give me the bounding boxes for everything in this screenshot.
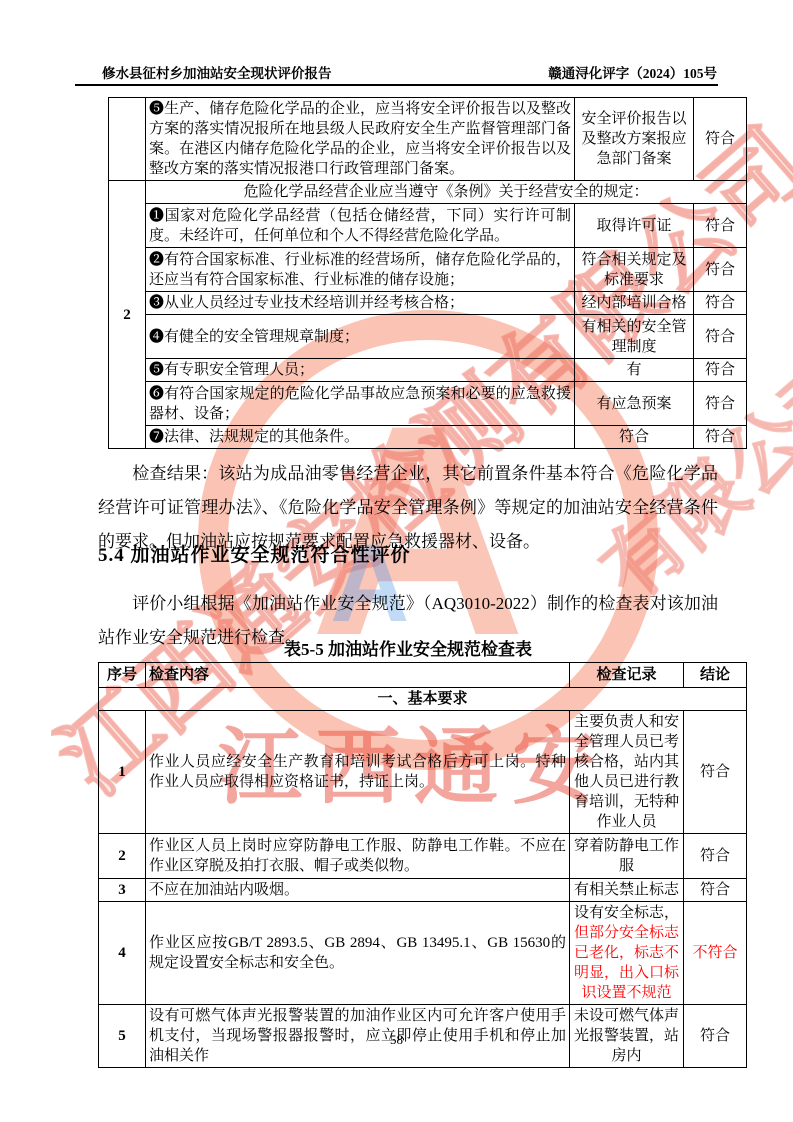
check-content-cell: 作业区应按GB/T 2893.5、GB 2894、GB 13495.1、GB 1… [146,902,570,1005]
table-row: ❻有符合国家规定的危险化学品事故应急预案和必要的应急救援器材、设备； 有应急预案… [109,382,747,426]
table-row: ❸从业人员经过专业技术经培训并经考核合格； 经内部培训合格 符合 [109,292,747,315]
check-record-cell: 符合相关规定及标准要求 [575,248,694,292]
check-record-cell: 有应急预案 [575,382,694,426]
check-content-cell: ❺生产、储存危险化学品的企业，应当将安全评价报告以及整改方案的落实情况报所在地县… [146,98,575,181]
row-number-cell: 3 [99,879,146,902]
conclusion-cell: 符合 [694,248,747,292]
check-record-cell: 主要负责人和安全管理人员已考核合格，站内其他人员已进行教育培训，无特种作业人员 [570,711,684,834]
record-text-alert: 但部分安全标志已老化，标志不明显，出入口标识设置不规范 [574,925,679,1001]
check-content-cell: 作业区人员上岗时应穿防静电工作服、防静电工作鞋。不应在作业区穿脱及拍打衣服、帽子… [146,834,570,879]
check-record-cell: 穿着防静电工作服 [570,834,684,879]
check-record-cell: 有 [575,359,694,382]
header-document-number: 赣通浔化评字（2024）105号 [548,62,717,82]
operating-conditions-table: ❺生产、储存危险化学品的企业，应当将安全评价报告以及整改方案的落实情况报所在地县… [108,97,747,449]
check-record-cell: 安全评价报告以及整改方案报应急部门备案 [575,98,694,181]
conclusion-cell: 符合 [694,292,747,315]
conclusion-cell: 符合 [694,204,747,248]
operation-safety-checklist-table: 序号 检查内容 检查记录 结论 一、基本要求 1 作业人员应经安全生产教育和培训… [98,662,747,1068]
check-content-cell: ❸从业人员经过专业技术经培训并经考核合格； [146,292,575,315]
column-header-no: 序号 [99,663,146,688]
row-number-cell: 4 [99,902,146,1005]
check-content-cell: ❷有符合国家标准、行业标准的经营场所，储存危险化学品的，还应当有符合国家标准、行… [146,248,575,292]
table-row: 2 作业区人员上岗时应穿防静电工作服、防静电工作鞋。不应在作业区穿脱及拍打衣服、… [99,834,747,879]
row-number-cell: 2 [99,834,146,879]
table-row: ❹有健全的安全管理规章制度； 有相关的安全管理制度 符合 [109,315,747,359]
section-heading-5-4: 5.4 加油站作业安全规范符合性评价 [98,540,718,567]
table-row: 2 危险化学品经营企业应当遵守《条例》关于经营安全的规定： [109,181,747,204]
conclusion-cell: 符合 [694,315,747,359]
table-row: ❷有符合国家标准、行业标准的经营场所，储存危险化学品的，还应当有符合国家标准、行… [109,248,747,292]
table-header-row: 序号 检查内容 检查记录 结论 [99,663,747,688]
conclusion-cell: 符合 [684,834,747,879]
check-record-cell: 有相关禁止标志 [570,879,684,902]
table-5-5-caption: 表5-5 加油站作业安全规范检查表 [98,635,718,660]
column-header-content: 检查内容 [146,663,570,688]
table-row: ❺生产、储存危险化学品的企业，应当将安全评价报告以及整改方案的落实情况报所在地县… [109,98,747,181]
row-number-cell: 2 [109,181,146,449]
table-row: ❺有专职安全管理人员； 有 符合 [109,359,747,382]
header-report-title: 修水县征村乡加油站安全现状评价报告 [102,62,332,82]
table-row: ❶国家对危险化学品经营（包括仓储经营，下同）实行许可制度。未经许可，任何单位和个… [109,204,747,248]
check-content-cell: ❹有健全的安全管理规章制度； [146,315,575,359]
row-number-cell: 1 [99,711,146,834]
conclusion-cell: 符合 [694,426,747,449]
check-content-cell: ❼法律、法规规定的其他条件。 [146,426,575,449]
group-header-cell: 危险化学品经营企业应当遵守《条例》关于经营安全的规定： [146,181,747,204]
document-page: A 江西通安检测有限公司 有限公司 A 江西通安 修水县征村乡加油站安全现状评价… [0,0,793,1122]
section-title-row: 一、基本要求 [99,688,747,711]
table-row: ❼法律、法规规定的其他条件。 符合 符合 [109,426,747,449]
row-number-cell [109,98,146,181]
check-content-cell: ❶国家对危险化学品经营（包括仓储经营，下同）实行许可制度。未经许可，任何单位和个… [146,204,575,248]
check-record-cell: 取得许可证 [575,204,694,248]
table-row: 3 不应在加油站内吸烟。 有相关禁止标志 符合 [99,879,747,902]
table-row: 4 作业区应按GB/T 2893.5、GB 2894、GB 13495.1、GB… [99,902,747,1005]
header-rule [75,84,718,86]
conclusion-cell: 符合 [694,382,747,426]
table-row: 1 作业人员应经安全生产教育和培训考试合格后方可上岗。特种作业人员应取得相应资格… [99,711,747,834]
section-title-cell: 一、基本要求 [99,688,747,711]
check-content-cell: 不应在加油站内吸烟。 [146,879,570,902]
column-header-record: 检查记录 [570,663,684,688]
conclusion-cell: 不符合 [684,902,747,1005]
conclusion-cell: 符合 [694,359,747,382]
record-text-normal: 设有安全标志， [574,905,679,921]
check-record-cell: 经内部培训合格 [575,292,694,315]
check-result-text: 检查结果：该站为成品油零售经营企业，其它前置条件基本符合《危险化学品经营许可证管… [98,464,718,551]
check-record-cell: 有相关的安全管理制度 [575,315,694,359]
conclusion-cell: 符合 [684,711,747,834]
column-header-conclusion: 结论 [684,663,747,688]
check-record-cell: 设有安全标志，但部分安全标志已老化，标志不明显，出入口标识设置不规范 [570,902,684,1005]
check-content-cell: 作业人员应经安全生产教育和培训考试合格后方可上岗。特种作业人员应取得相应资格证书… [146,711,570,834]
check-content-cell: ❺有专职安全管理人员； [146,359,575,382]
check-content-cell: ❻有符合国家规定的危险化学品事故应急预案和必要的应急救援器材、设备； [146,382,575,426]
conclusion-cell: 符合 [684,879,747,902]
conclusion-cell: 符合 [694,98,747,181]
page-number: 58 [0,1032,793,1048]
check-record-cell: 符合 [575,426,694,449]
